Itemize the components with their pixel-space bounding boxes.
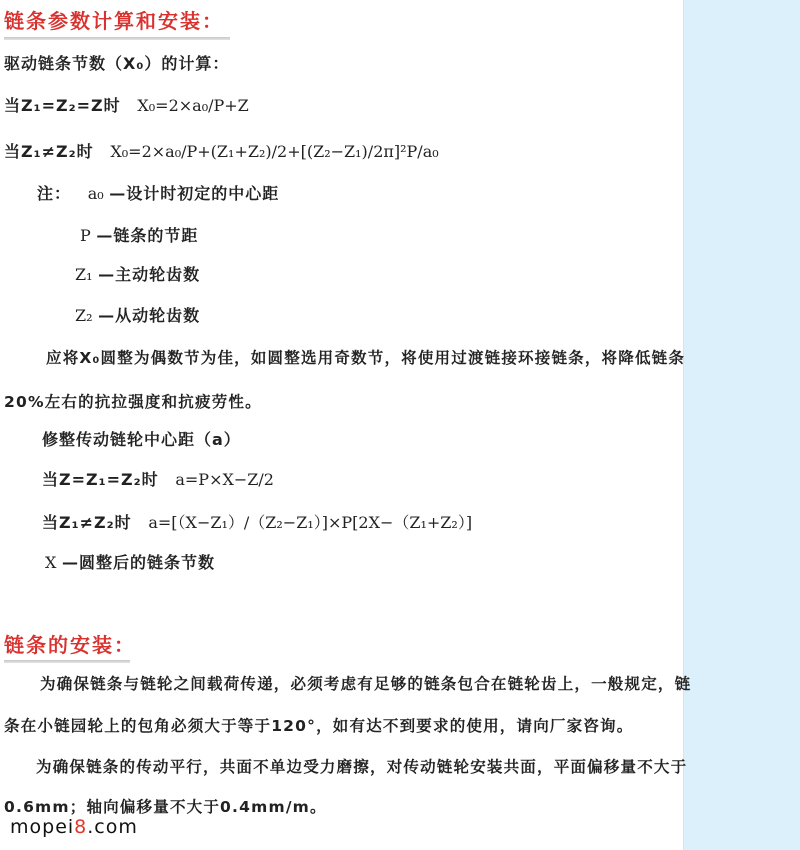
center-distance-title: 修整传动链轮中心距（a） [42, 430, 241, 450]
center-distance-formula-unequal: 当Z₁≠Z₂时 a=[（X−Z₁）/（Z₂−Z₁）]×P[2X−（Z₁+Z₂）] [42, 513, 472, 533]
section-title-chain-calculation: 链条参数计算和安装： [4, 8, 224, 34]
formula-equal-teeth: 当Z₁=Z₂=Z时 X₀=2×a₀/P+Z [4, 96, 249, 116]
installation-paragraph1-line1: 为确保链条与链轮之间载荷传递，必须考虑有足够的链条包合在链轮齿上，一般规定，链 [40, 674, 691, 694]
note-x: X —圆整后的链条节数 [45, 553, 215, 573]
note-z2: Z₂ —从动轮齿数 [75, 306, 200, 326]
section-title-chain-installation: 链条的安装： [4, 632, 136, 658]
installation-paragraph2-line1: 为确保链条的传动平行，共面不单边受力磨擦，对传动链轮安装共面，平面偏移量不大于 [36, 757, 687, 777]
installation-paragraph1-line2: 条在小链园轮上的包角必须大于等于120°，如有达不到要求的使用，请向厂家咨询。 [4, 716, 633, 736]
watermark-logo: mopei8.com [10, 816, 138, 838]
document-content: 链条参数计算和安装： 驱动链条节数（X₀）的计算： 当Z₁=Z₂=Z时 X₀=2… [0, 0, 800, 850]
heading-underline [4, 37, 230, 40]
rounding-paragraph-line2: 20%左右的抗拉强度和抗疲劳性。 [4, 392, 262, 412]
note-a0: 注： a₀ —设计时初定的中心距 [37, 184, 279, 204]
rounding-paragraph-line1: 应将X₀圆整为偶数节为佳，如圆整选用奇数节，将使用过渡链接环接链条，将降低链条 [46, 348, 685, 368]
installation-paragraph2-line2: 0.6mm；轴向偏移量不大于0.4mm/m。 [4, 797, 327, 817]
note-z1: Z₁ —主动轮齿数 [75, 265, 200, 285]
note-p: P —链条的节距 [80, 226, 198, 246]
heading-underline [4, 660, 130, 663]
center-distance-formula-equal: 当Z=Z₁=Z₂时 a=P×X−Z/2 [42, 470, 274, 490]
subtitle-pitch-count: 驱动链条节数（X₀）的计算： [4, 54, 229, 74]
formula-unequal-teeth: 当Z₁≠Z₂时 X₀=2×a₀/P+(Z₁+Z₂)/2+[(Z₂−Z₁)/2π]… [4, 142, 439, 162]
